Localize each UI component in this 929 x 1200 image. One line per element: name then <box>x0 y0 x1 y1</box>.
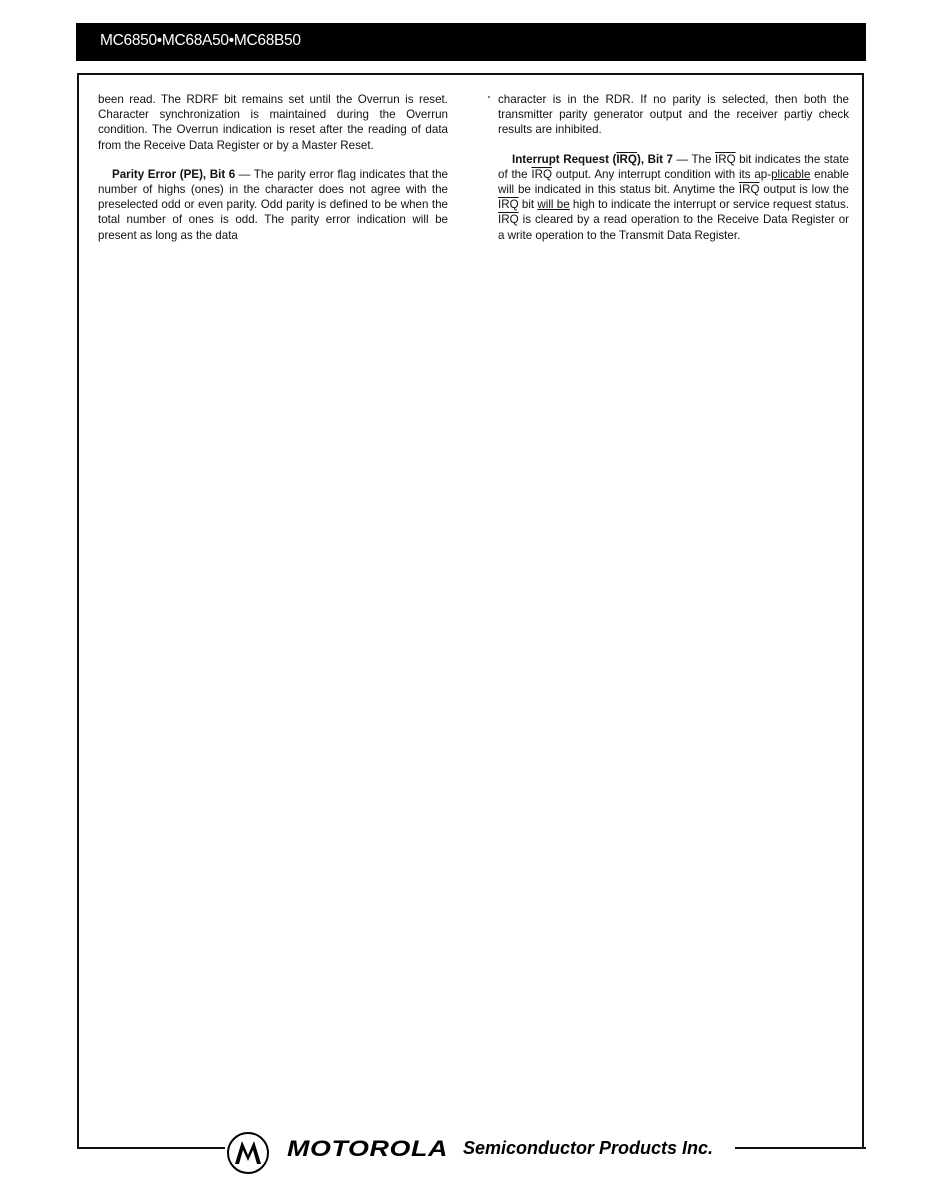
parity-error-paragraph: Parity Error (PE), Bit 6 — The parity er… <box>98 167 448 243</box>
irq-signal: IRQ <box>498 213 519 226</box>
irq-signal: IRQ <box>715 153 736 166</box>
irq-signal: IRQ <box>739 183 760 196</box>
irq-heading-pre: Interrupt Request ( <box>512 153 616 166</box>
brand-subtitle: Semiconductor Products Inc. <box>463 1138 713 1159</box>
parity-inhibit-paragraph: character is in the RDR. If no parity is… <box>498 92 849 138</box>
irq-text: is cleared by a read operation to the Re… <box>498 213 849 241</box>
irq-signal: IRQ <box>498 198 519 211</box>
footer-rule-right <box>735 1147 866 1149</box>
em-dash: — <box>673 153 691 166</box>
irq-text-underlined: plicable <box>771 168 810 181</box>
left-column: been read. The RDRF bit remains set unti… <box>98 92 448 257</box>
parity-error-heading: Parity Error (PE), Bit 6 <box>112 168 235 181</box>
scan-speck <box>488 96 490 98</box>
irq-text: output is low the <box>759 183 849 196</box>
right-column: character is in the RDR. If no parity is… <box>498 92 849 257</box>
irq-heading: Interrupt Request (IRQ), Bit 7 <box>512 153 673 166</box>
irq-text: bit <box>519 198 538 211</box>
irq-heading-signal: IRQ <box>616 153 637 166</box>
em-dash: — <box>235 168 254 181</box>
irq-text-underlined: will be <box>537 198 569 211</box>
overrun-paragraph: been read. The RDRF bit remains set unti… <box>98 92 448 153</box>
irq-heading-post: ), Bit 7 <box>637 153 673 166</box>
header-bar: MC6850•MC68A50•MC68B50 <box>76 23 866 61</box>
irq-signal: IRQ <box>531 168 552 181</box>
irq-text: The <box>691 153 715 166</box>
irq-text: high to indicate the interrupt or servic… <box>570 198 849 211</box>
brand-name: MOTOROLA <box>287 1136 448 1162</box>
document-title: MC6850•MC68A50•MC68B50 <box>100 32 301 50</box>
motorola-logo-icon <box>226 1131 270 1175</box>
irq-text: output. Any interrupt condition with its… <box>552 168 771 181</box>
irq-paragraph: Interrupt Request (IRQ), Bit 7 — The IRQ… <box>498 152 849 243</box>
footer-rule-left <box>77 1147 225 1149</box>
